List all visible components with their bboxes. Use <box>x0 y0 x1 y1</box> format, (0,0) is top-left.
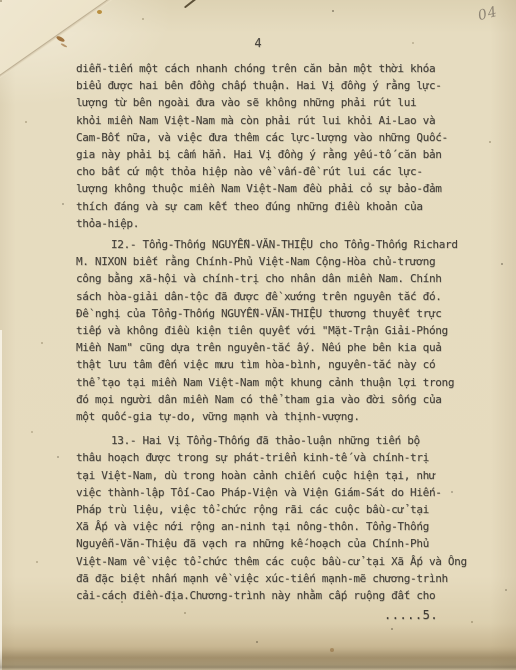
text-line: thể tạo tại miền Nam Việt-Nam một khung … <box>76 374 480 391</box>
text-line: lượng từ bên ngoài đưa vào sẽ không nhữn… <box>76 94 480 111</box>
text-line: việc thành-lập Tối-Cao Pháp-Viện và Viện… <box>76 484 480 501</box>
text-line: Xã Ấp và việc nới rộng an-ninh tại nông-… <box>76 518 480 535</box>
text-line: tại Việt-Nam, dù trong hoàn cảnh chiến c… <box>76 467 480 484</box>
rust-stain <box>97 10 102 14</box>
text-line: gia này phải bị cấm hẳn. Hai Vị đồng ý r… <box>76 146 480 163</box>
stray-pen-mark <box>184 0 197 8</box>
page-bottom-edge-shadow <box>0 650 516 670</box>
text-line: thật lưu tâm đến việc mưu tìm hòa-bình, … <box>76 356 480 373</box>
paragraph-continuation: diễn-tiến một cách nhanh chóng trên căn … <box>76 60 480 232</box>
text-line: lượng không thuộc miền Nam Việt-Nam đều … <box>76 180 480 197</box>
text-line: cho bất cứ một thỏa hiệp nào về vấn-đề r… <box>76 163 480 180</box>
page-number: 4 <box>0 36 516 50</box>
text-line: Đề nghị của Tổng-Thống NGUYỄN-VĂN-THIỆU … <box>76 305 480 322</box>
text-line: đó mọi người dân miền Nam có thể tham gi… <box>76 391 480 408</box>
paragraph-13: 13.- Hai Vị Tổng-Thống đã thảo-luận nhữn… <box>76 432 480 604</box>
continuation-page-mark: .....5. <box>384 608 438 622</box>
page-left-edge <box>0 330 2 670</box>
text-line: biểu được hai bên đồng chấp thuận. Hai V… <box>76 77 480 94</box>
text-line: I2.- Tổng-Thống NGUYỄN-VĂN-THIỆU cho Tổn… <box>76 236 480 253</box>
paragraph-12: I2.- Tổng-Thống NGUYỄN-VĂN-THIỆU cho Tổn… <box>76 236 480 425</box>
text-line: công bằng xã-hội và chính-trị cho nhân d… <box>76 270 480 287</box>
text-line: Pháp trù liệu, việc tổ-chức rộng rãi các… <box>76 501 480 518</box>
text-line: Miền Nam" cũng dựa trên nguyên-tắc ấy. N… <box>76 339 480 356</box>
text-line: một quốc-gia tự-do, vững mạnh và thịnh-v… <box>76 408 480 425</box>
text-line: Việt-Nam về việc tổ-chức thêm các cuộc b… <box>76 553 480 570</box>
text-line: 13.- Hai Vị Tổng-Thống đã thảo-luận nhữn… <box>76 432 480 449</box>
scanned-document-page: 04 4 diễn-tiến một cách nhanh chóng trên… <box>0 0 516 670</box>
text-line: M. NIXON biết rằng Chính-Phủ Việt-Nam Cộ… <box>76 253 480 270</box>
text-line: thâu hoạch được trong sự phát-triển kinh… <box>76 449 480 466</box>
text-line: diễn-tiến một cách nhanh chóng trên căn … <box>76 60 480 77</box>
text-line: khỏi miền Nam Việt-Nam mà còn phải rút l… <box>76 112 480 129</box>
text-line: cải-cách điền-địa.Chương-trình này nhằm … <box>76 587 480 604</box>
text-line: đã đặc biệt nhấn mạnh về việc xúc-tiến m… <box>76 570 480 587</box>
text-line: Cam-Bốt nữa, và việc đưa thêm các lực-lư… <box>76 129 480 146</box>
handwritten-annotation: 04 <box>476 4 499 24</box>
text-line: tiếp và không điều kiện tiên quyết với "… <box>76 322 480 339</box>
text-line: Nguyễn-Văn-Thiệu đã vạch ra những kế-hoạ… <box>76 535 480 552</box>
text-line: thỏa-hiệp. <box>76 215 480 232</box>
text-line: thích đáng và sự cam kết theo đúng những… <box>76 198 480 215</box>
text-line: sách hòa-giải dân-tộc đã được đề xướng t… <box>76 288 480 305</box>
paper-speckles <box>0 0 2 2</box>
document-body: diễn-tiến một cách nhanh chóng trên căn … <box>76 60 480 604</box>
